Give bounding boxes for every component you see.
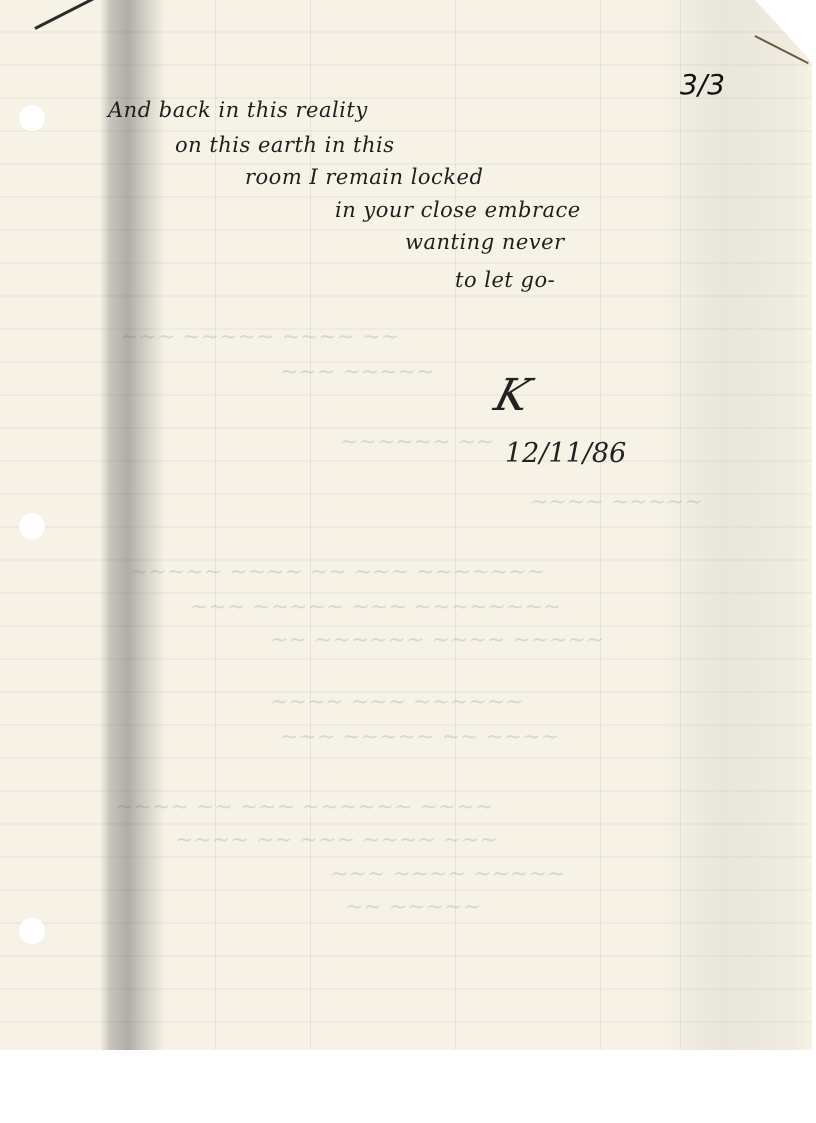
poem-line: And back in this reality [108,98,368,122]
bleed-through-text: ~~~ ~~~~~ [280,360,434,385]
bleed-through-text: ~~~ ~~~~~ ~~~~ ~~ [120,325,399,350]
signature: K [489,370,536,421]
grid-line [215,0,216,1050]
bleed-through-text: ~~ ~~~~~~ ~~~~ ~~~~~ [270,628,604,653]
bleed-through-text: ~~~ ~~~~~ ~~ ~~~~ [280,725,559,750]
grid-line [680,0,681,1050]
punch-hole [19,918,45,944]
poem-line: room I remain locked [245,165,483,189]
poem-line: in your close embrace [335,198,581,222]
paper-sheet: 3/3 And back in this reality on this ear… [0,0,812,1052]
page-number: 3/3 [680,68,725,101]
grid-line [600,0,601,1050]
bleed-through-text: ~~~~~~ ~~ [340,430,494,455]
poem-line: on this earth in this [175,133,394,157]
grid-line [455,0,456,1050]
bleed-through-text: ~~~~~ ~~~~ ~~ ~~~ ~~~~~~~ [130,560,545,585]
poem-line: to let go- [455,268,555,292]
punch-hole [19,513,45,539]
bleed-through-text: ~~ ~~~~~ [345,895,481,920]
scan-streak [34,0,138,30]
date: 12/11/86 [505,438,626,469]
bleed-through-text: ~~~~ ~~~ ~~~~~~ [270,690,524,715]
poem-line: wanting never [405,230,565,254]
bleed-through-text: ~~~~ ~~ ~~~ ~~~~~~ ~~~~ [115,795,493,820]
bleed-through-text: ~~~ ~~~~ ~~~~~ [330,862,565,887]
corner-fold [755,35,809,64]
punch-hole [19,105,45,131]
bleed-through-text: ~~~ ~~~~~ ~~~ ~~~~~~~~ [190,595,561,620]
bleed-through-text: ~~~~ ~~ ~~~ ~~~~ ~~~ [175,828,498,853]
bleed-through-text: ~~~~ ~~~~~ [530,490,703,515]
grid-line [310,0,311,1050]
